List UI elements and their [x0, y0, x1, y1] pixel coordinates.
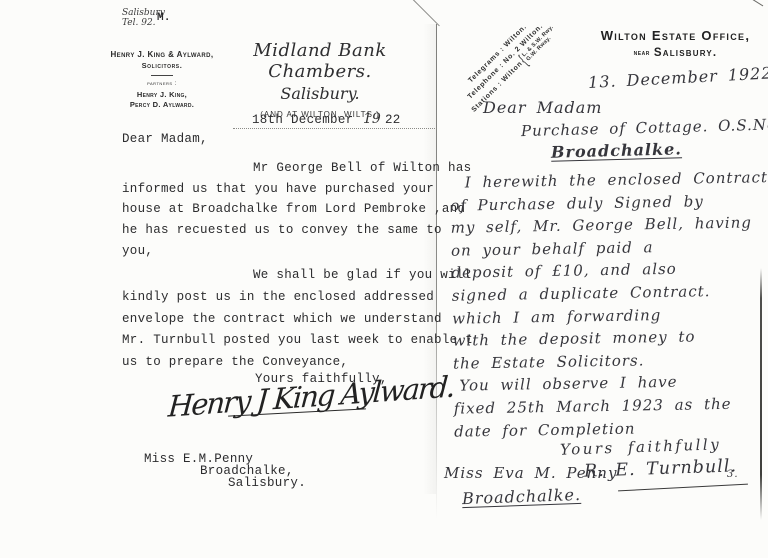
- recipient-address-2: Salisbury.: [228, 476, 306, 490]
- left-paragraph-2: We shall be glad if you will kindly post…: [122, 265, 434, 374]
- scanned-letters: Salisbury Tel. 92. M. Henry J. King & Ay…: [0, 0, 768, 558]
- near-label: near: [634, 50, 650, 57]
- letterhead-rule: [151, 75, 173, 76]
- firm-address: Midland Bank Chambers. Salisbury. (AND A…: [231, 40, 409, 119]
- office-place: nearSalisbury.: [598, 47, 753, 59]
- body-line: We shall be glad if you will: [122, 265, 434, 287]
- firm-role: Solicitors.: [103, 61, 221, 70]
- left-paper-corner-edge: [412, 0, 440, 26]
- address-line-1: Midland Bank Chambers.: [231, 40, 409, 82]
- left-salutation: Dear Madam,: [122, 132, 208, 146]
- body-line: kindly post us in the enclosed addressed: [122, 287, 434, 309]
- body-line: Mr. Turnbull posted you last week to ena…: [122, 330, 434, 352]
- partners-label: partners :: [103, 80, 221, 89]
- subject-line: Purchase of Cottage. O.S.No 174a.: [521, 114, 768, 140]
- typed-year: 22: [385, 113, 401, 127]
- right-signature: R. E. Turnbull.: [584, 456, 738, 481]
- office-town: Salisbury.: [654, 47, 717, 59]
- partner-1: Henry J. King,: [103, 90, 221, 99]
- address-line-2: Salisbury.: [231, 84, 409, 103]
- firm-letterhead: Henry J. King & Aylward, Solicitors. par…: [103, 50, 221, 109]
- left-paragraph-1: Mr George Bell of Wilton has informed us…: [122, 158, 434, 262]
- right-date: 13. December 1922.: [588, 63, 768, 92]
- estate-office-letterhead: Wilton Estate Office, nearSalisbury.: [598, 28, 753, 59]
- typed-date: 18th December: [252, 113, 353, 127]
- right-signature-underline: [618, 484, 748, 492]
- typed-initial: M.: [157, 12, 171, 24]
- right-letter-body: I herewith the enclosed Contract of Purc…: [450, 166, 763, 442]
- date-leader-line: [233, 128, 435, 129]
- printed-year-prefix: 19: [363, 111, 381, 127]
- body-line: us to prepare the Conveyance,: [122, 352, 434, 374]
- right-salutation: Dear Madam: [483, 98, 602, 117]
- right-place: Broadchalke.: [462, 485, 582, 508]
- body-line: house at Broadchalke from Lord Pembroke …: [122, 199, 434, 220]
- body-line: envelope the contract which we understan…: [122, 309, 434, 331]
- telephone-line: Telephone : No. 2 Wilton.: [465, 21, 546, 102]
- subject-place: Broadchalke.: [551, 139, 682, 161]
- office-name: Wilton Estate Office,: [598, 28, 753, 43]
- left-signature: Henry J King Aylward.: [167, 374, 384, 423]
- partner-2: Percy D. Aylward.: [103, 100, 221, 109]
- body-line: he has recuested us to convey the same t…: [122, 220, 434, 241]
- page-mark: 3.: [727, 469, 739, 480]
- pen-mark: [752, 0, 764, 6]
- firm-name: Henry J. King & Aylward,: [103, 50, 221, 59]
- body-line: informed us that you have purchased your: [122, 179, 434, 200]
- body-line: you,: [122, 241, 434, 262]
- body-line: Mr George Bell of Wilton has: [122, 158, 434, 179]
